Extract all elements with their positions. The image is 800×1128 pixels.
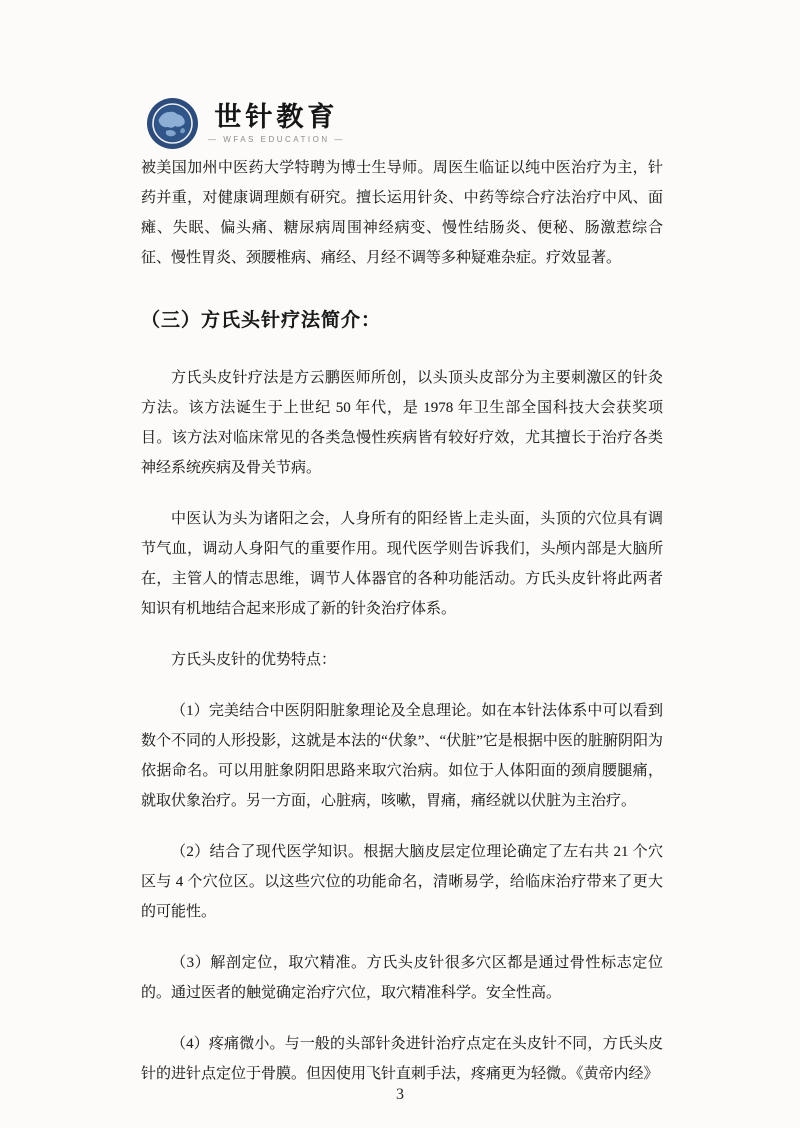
paragraph: （3）解剖定位，取穴精准。方氏头皮针很多穴区都是通过骨性标志定位的。通过医者的触… (141, 948, 663, 1008)
paragraph: （4）疼痛微小。与一般的头部针灸进针治疗点定在头皮针不同，方氏头皮针的进针点定位… (141, 1029, 663, 1089)
paragraph: 方氏头皮针的优势特点： (141, 645, 663, 675)
document-body: 被美国加州中医药大学特聘为博士生导师。周医生临证以纯中医治疗为主，针药并重，对健… (141, 153, 663, 1110)
document-page: 世针教育 — WFAS EDUCATION — 被美国加州中医药大学特聘为博士生… (0, 0, 800, 1128)
logo-text: 世针教育 — WFAS EDUCATION — (208, 103, 345, 145)
logo-title: 世针教育 (214, 103, 338, 133)
section-heading: （三）方氏头针疗法简介： (141, 306, 663, 336)
intro-paragraph: 被美国加州中医药大学特聘为博士生导师。周医生临证以纯中医治疗为主，针药并重，对健… (141, 153, 663, 273)
logo-subtitle: — WFAS EDUCATION — (208, 135, 345, 144)
page-number: 3 (396, 1086, 404, 1103)
paragraph: 中医认为头为诸阳之会，人身所有的阳经皆上走头面，头顶的穴位具有调节气血，调动人身… (141, 504, 663, 624)
paragraph: （1）完美结合中医阴阳脏象理论及全息理论。如在本针法体系中可以看到数个不同的人形… (141, 696, 663, 816)
page-footer: 3 (0, 1086, 800, 1104)
paragraph: 方氏头皮针疗法是方云鹏医师所创，以头顶头皮部分为主要刺激区的针灸方法。该方法诞生… (141, 363, 663, 483)
paragraph: （2）结合了现代医学知识。根据大脑皮层定位理论确定了左右共 21 个穴区与 4 … (141, 837, 663, 927)
logo: 世针教育 — WFAS EDUCATION — (146, 97, 345, 150)
globe-emblem-icon (146, 97, 199, 150)
